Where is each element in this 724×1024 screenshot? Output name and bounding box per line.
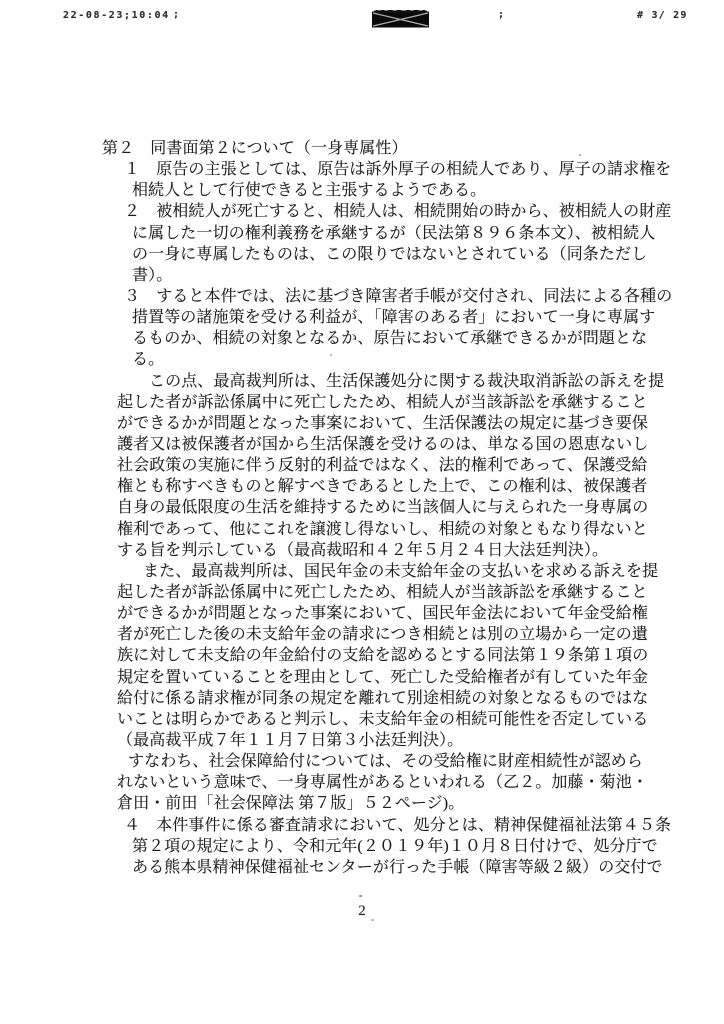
- text-line: 権利であって、他にこれを譲渡し得ないし、相続の対象ともなり得ないと: [0, 519, 724, 540]
- redaction-box-icon: [372, 10, 429, 29]
- text-line: 社会政策の実施に伴う反射的利益ではなく、法的権利であって、保護受給: [0, 455, 724, 476]
- document-lines: 第２ 同書面第２について（一身専属性）１ 原告の主張としては、原告は訴外厚子の相…: [0, 138, 724, 878]
- text-line: ができるかが問題となった事案において、生活保護法の規定に基づき要保: [0, 413, 724, 434]
- fax-timestamp: 22-08-23;10:04: [63, 10, 170, 21]
- text-line: ２ 被相続人が死亡すると、相続人は、相続開始の時から、被相続人の財産: [0, 201, 724, 222]
- page-number: 2: [0, 903, 724, 920]
- text-line: する旨を判示している（最高裁昭和４２年５月２４日大法廷判決）。: [0, 540, 724, 561]
- scan-speck: [359, 895, 362, 897]
- text-line: 規定を置いていることを理由として、死亡した受給権者が有していた年金: [0, 667, 724, 688]
- text-line: の一身に専属したものは、この限りではないとされている（同条ただし: [0, 244, 724, 265]
- text-line: 者が死亡した後の未支給年金の請求につき相続とは別の立場から一定の遺: [0, 624, 724, 645]
- text-line: 措置等の諸施策を受ける利益が、「障害のある者」において一身に専属す: [0, 307, 724, 328]
- text-line: るものか、相続の対象となるか、原告において承継できるかが問題とな: [0, 328, 724, 349]
- text-line: 起した者が訴訟係属中に死亡したため、相続人が当該訴訟を承継すること: [0, 582, 724, 603]
- text-line: 自身の最低限度の生活を維持するために当該個人に与えられた一身専属の: [0, 497, 724, 518]
- text-line: 第２ 同書面第２について（一身専属性）: [0, 138, 724, 159]
- scan-speck: [579, 154, 581, 156]
- fax-separator-left: ;: [173, 9, 181, 20]
- text-line: この点、最高裁判所は、生活保護処分に関する裁決取消訴訟の訴えを提: [0, 371, 724, 392]
- text-line: １ 原告の主張としては、原告は訴外厚子の相続人であり、厚子の請求権を: [0, 159, 724, 180]
- text-line: ４ 本件事件に係る審査請求において、処分とは、精神保健福祉法第４５条: [0, 815, 724, 836]
- text-line: ３ すると本件では、法に基づき障害者手帳が交付され、同法による各種の: [0, 286, 724, 307]
- text-line: ができるかが問題となった事案において、国民年金法において年金受給権: [0, 603, 724, 624]
- text-line: に属した一切の権利義務を承継するが（民法第８９６条本文）、被相続人: [0, 223, 724, 244]
- text-line: 第２項の規定により、令和元年(２０１９年)１０月８日付けで、処分庁で: [0, 836, 724, 857]
- scanned-document-page: 22-08-23;10:04 ; ; # 3/ 29 第２ 同書面第２について（…: [0, 0, 724, 1024]
- text-line: れないという意味で、一身専属性があるといわれる（乙２。加藤・菊池・: [0, 772, 724, 793]
- text-line: 護者又は被保護者が国から生活保護を受けるのは、単なる国の恩恵ないし: [0, 434, 724, 455]
- fax-page-counter: # 3/ 29: [637, 10, 688, 21]
- text-line: また、最高裁判所は、国民年金の未支給年金の支払いを求める訴えを提: [0, 561, 724, 582]
- text-line: 相続人として行使できると主張するようである。: [0, 180, 724, 201]
- fax-header: 22-08-23;10:04 ; ; # 3/ 29: [0, 0, 724, 34]
- text-line: 起した者が訴訟係属中に死亡したため、相続人が当該訴訟を承継すること: [0, 392, 724, 413]
- fax-separator-right: ;: [498, 9, 506, 20]
- scan-speck: [371, 919, 374, 921]
- text-line: 給付に係る請求権が同条の規定を離れて別途相続の対象となるものではな: [0, 688, 724, 709]
- text-line: る。: [0, 349, 724, 370]
- text-line: 族に対して未支給の年金給付の支給を認めるとする同法第１９条第１項の: [0, 645, 724, 666]
- text-line: いことは明らかであると判示し、未支給年金の相続可能性を否定している: [0, 709, 724, 730]
- text-line: 書）。: [0, 265, 724, 286]
- text-line: 倉田・前田「社会保障法 第７版」５２ページ)。: [0, 793, 724, 814]
- text-line: すなわち、社会保障給付については、その受給権に財産相続性が認めら: [0, 751, 724, 772]
- text-line: ある熊本県精神保健福祉センターが行った手帳（障害等級２級）の交付で: [0, 857, 724, 878]
- text-line: 権とも称すべきものと解すべきであるとした上で、この権利は、被保護者: [0, 476, 724, 497]
- scan-speck: [330, 354, 332, 356]
- text-line: （最高裁平成７年１１月７日第３小法廷判決）。: [0, 730, 724, 751]
